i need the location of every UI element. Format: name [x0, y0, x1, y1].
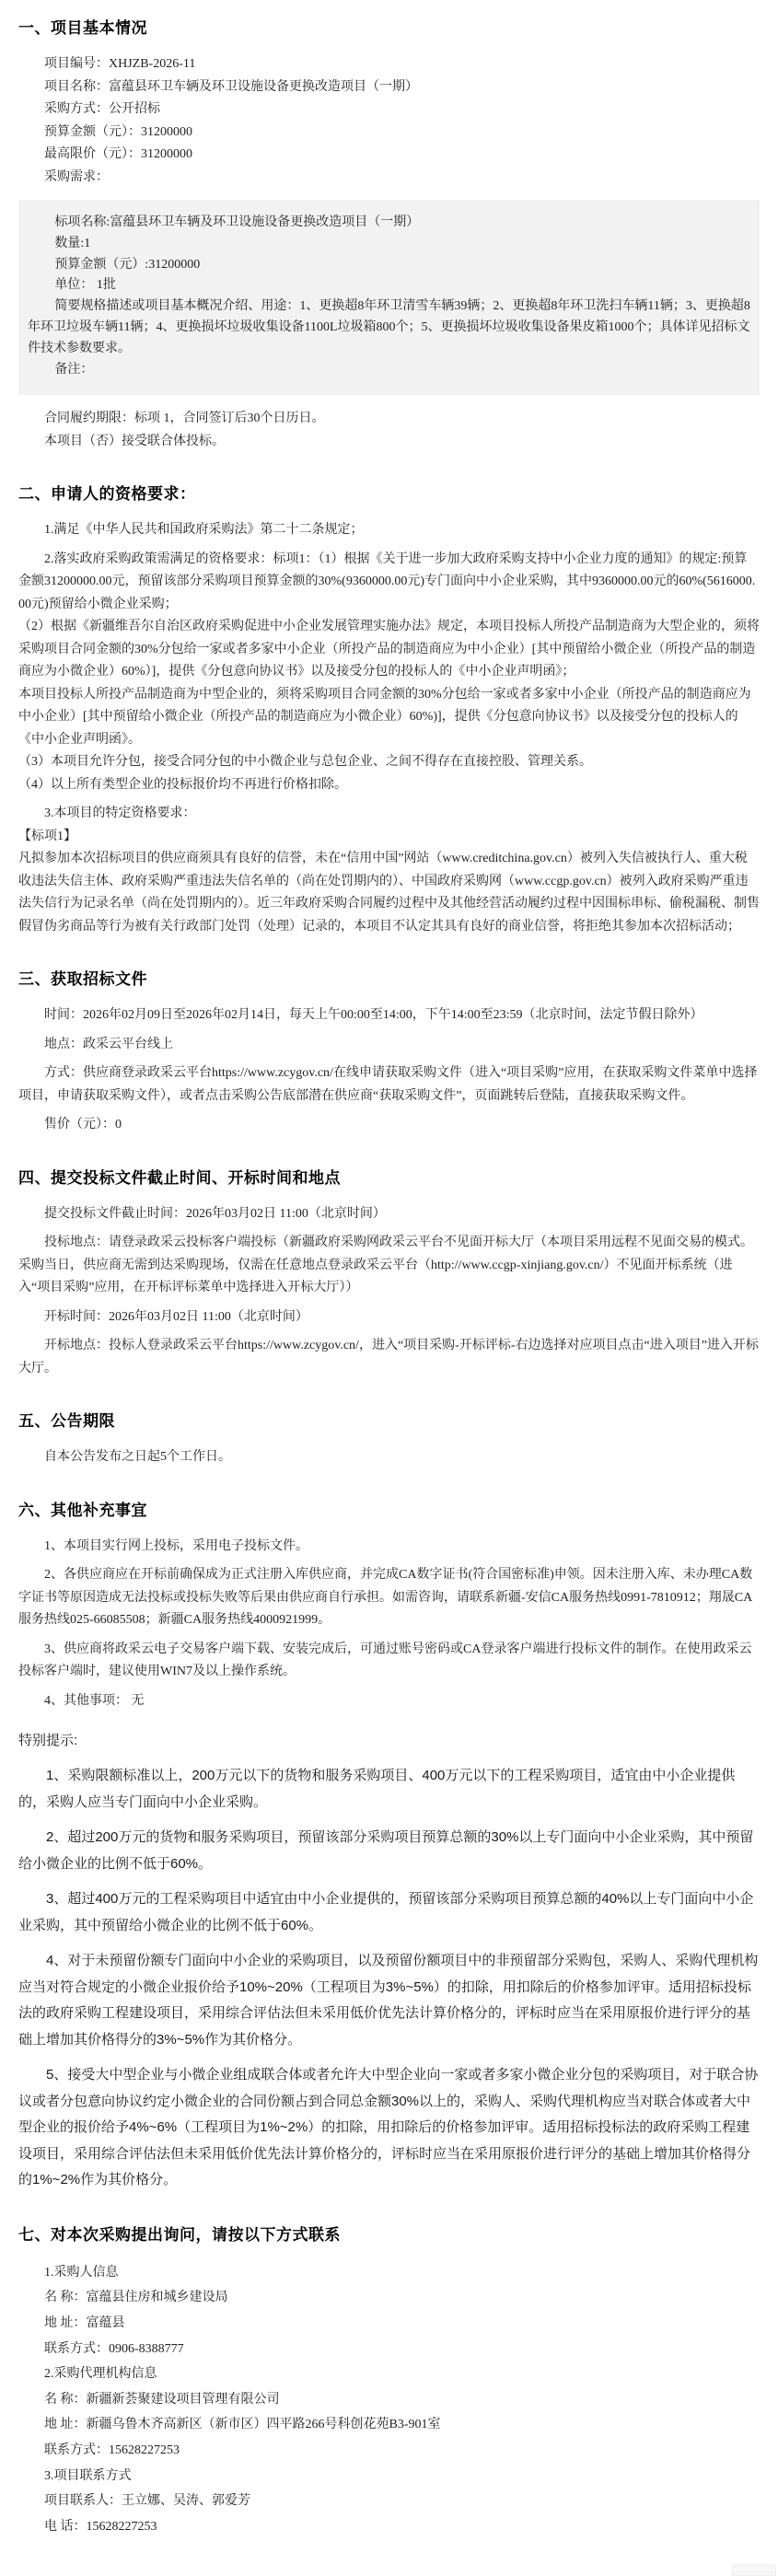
project-contact-phone-line: 电 话：15628227253	[18, 2514, 760, 2540]
section-project-basic-info: 一、项目基本情况 项目编号：XHJZB-2026-11 项目名称：富蕴县环卫车辆…	[18, 15, 760, 453]
obtain-method-line: 方式：供应商登录政采云平台https://www.zcygov.cn/在线申请获…	[18, 1062, 760, 1108]
qualification-item-2-4: （3）本项目允许分包，接受合同分包的中小微企业与总包企业、之间不得存在直接控股、…	[18, 751, 760, 774]
section-other-supplementary: 六、其他补充事宜 1、本项目实行网上投标，采用电子投标文件。 2、各供应商应在开…	[18, 1497, 760, 2194]
bid-place-line: 投标地点：请登录政采云投标客户端投标（新疆政府采购网政采云平台不见面开标大厅（本…	[18, 1232, 760, 1300]
qualification-item-2: 2.落实政府采购政策需满足的资格要求：标项1：（1）根据《关于进一步加大政府采购…	[18, 549, 760, 617]
contract-period-line: 合同履约期限：标项 1，合同签订后30个日历日。	[18, 408, 760, 431]
submission-deadline-line: 提交投标文件截止时间：2026年03月02日 11:00（北京时间）	[18, 1203, 760, 1226]
special-notice-item-2: 2、超过200万元的货物和服务采购项目，预留该部分采购项目预算总额的30%以上专…	[18, 1825, 760, 1877]
obtain-place-line: 地点：政采云平台线上	[18, 1034, 760, 1057]
supplementary-item-4: 4、其他事项： 无	[18, 1690, 760, 1713]
obtain-time-line: 时间：2026年02月09日至2026年02月14日，每天上午00:00至14:…	[18, 1004, 760, 1027]
lot1-bracket-label: 【标项1】	[18, 826, 760, 849]
section-title-other-supplementary: 六、其他补充事宜	[18, 1497, 760, 1520]
agency-contact-line: 联系方式：15628227253	[18, 2438, 760, 2464]
section-bid-submission-opening: 四、提交投标文件截止时间、开标时间和地点 提交投标文件截止时间：2026年03月…	[18, 1165, 760, 1381]
lot-remark-line: 备注：	[28, 360, 750, 381]
section-obtain-bid-documents: 三、获取招标文件 时间：2026年02月09日至2026年02月14日，每天上午…	[18, 966, 760, 1137]
lot-spec-description-line: 简要规格描述或项目基本概况介绍、用途：1、更换超8年环卫清雪车辆39辆；2、更换…	[28, 296, 750, 359]
qualification-item-2-5: （4）以上所有类型企业的投标报价均不再进行价格扣除。	[18, 774, 760, 797]
agency-name-line: 名 称：新疆新荟聚建设项目管理有限公司	[18, 2387, 760, 2413]
project-contact-persons-line: 项目联系人：王立娜、吴涛、郭爱芳	[18, 2489, 760, 2514]
section-title-announcement-period: 五、公告期限	[18, 1408, 760, 1431]
procurement-demand-label: 采购需求：	[18, 167, 760, 190]
section-contact-info: 七、对本次采购提出询问，请按以下方式联系 1.采购人信息 名 称：富蕴县住房和城…	[18, 2222, 760, 2540]
supplementary-item-2: 2、各供应商应在开标前确保成为正式注册入库供应商，并完成CA数字证书(符合国密标…	[18, 1564, 760, 1632]
section-title-applicant-qualification: 二、申请人的资格要求：	[18, 481, 760, 504]
lot-unit-line: 单位： 1批	[28, 275, 750, 296]
special-notice-item-1: 1、采购限额标准以上，200万元以下的货物和服务采购项目、400万元以下的工程采…	[18, 1763, 760, 1816]
purchaser-contact-line: 联系方式：0906-8388777	[18, 2337, 760, 2362]
project-number-line: 项目编号：XHJZB-2026-11	[18, 53, 760, 76]
lot-budget-line: 预算金额（元）:31200000	[28, 255, 750, 276]
supplementary-item-3: 3、供应商将政采云电子交易客户端下载、安装完成后，可通过账号密码或CA登录客户端…	[18, 1639, 760, 1684]
special-notice-label: 特别提示:	[18, 1727, 760, 1754]
qualification-item-2-2: （2）根据《新疆维吾尔自治区政府采购促进中小企业发展管理实施办法》规定，本项目投…	[18, 616, 760, 684]
special-notice-item-5: 5、接受大中型企业与小微企业组成联合体或者允许大中型企业向一家或者多家小微企业分…	[18, 2062, 760, 2194]
qualification-item-1: 1.满足《中华人民共和国政府采购法》第二十二条规定；	[18, 519, 760, 542]
special-notice-item-4: 4、对于未预留份额专门面向中小企业的采购项目，以及预留份额项目中的非预留部分采购…	[18, 1948, 760, 2053]
tender-announcement-document: 一、项目基本情况 项目编号：XHJZB-2026-11 项目名称：富蕴县环卫车辆…	[0, 0, 778, 2576]
qualification-item-3: 3.本项目的特定资格要求：	[18, 803, 760, 826]
procurement-method-line: 采购方式：公开招标	[18, 99, 760, 122]
consortium-bid-line: 本项目（否）接受联合体投标。	[18, 431, 760, 454]
section-title-project-basic-info: 一、项目基本情况	[18, 15, 760, 38]
lot-info-box: 标项名称:富蕴县环卫车辆及环卫设施设备更换改造项目（一期） 数量:1 预算金额（…	[18, 200, 760, 395]
floating-widget[interactable]	[732, 2564, 776, 2576]
project-contact-label: 3.项目联系方式	[18, 2464, 760, 2489]
section-title-obtain-bid-documents: 三、获取招标文件	[18, 966, 760, 989]
agency-info-label: 2.采购代理机构信息	[18, 2361, 760, 2387]
opening-place-line: 开标地点：投标人登录政采云平台https://www.zcygov.cn/，进入…	[18, 1335, 760, 1380]
project-name-line: 项目名称：富蕴县环卫车辆及环卫设施设备更换改造项目（一期）	[18, 76, 760, 99]
lot-name-line: 标项名称:富蕴县环卫车辆及环卫设施设备更换改造项目（一期）	[28, 213, 750, 234]
purchaser-address-line: 地 址：富蕴县	[18, 2311, 760, 2337]
supplementary-item-1: 1、本项目实行网上投标，采用电子投标文件。	[18, 1536, 760, 1559]
credit-requirement-paragraph: 凡拟参加本次招标项目的供应商须具有良好的信誉，未在“信用中国”网站（www.cr…	[18, 848, 760, 938]
opening-time-line: 开标时间：2026年03月02日 11:00（北京时间）	[18, 1306, 760, 1329]
qualification-item-2-3: 本项目投标人所投产品制造商为中型企业的，须将采购项目合同金额的30%分包给一家或…	[18, 684, 760, 752]
lot-quantity-line: 数量:1	[28, 234, 750, 255]
purchaser-info-label: 1.采购人信息	[18, 2260, 760, 2286]
purchaser-name-line: 名 称：富蕴县住房和城乡建设局	[18, 2285, 760, 2311]
section-announcement-period: 五、公告期限 自本公告发布之日起5个工作日。	[18, 1408, 760, 1469]
section-applicant-qualification: 二、申请人的资格要求： 1.满足《中华人民共和国政府采购法》第二十二条规定； 2…	[18, 481, 760, 938]
section-title-contact-info: 七、对本次采购提出询问，请按以下方式联系	[18, 2222, 760, 2245]
section-title-bid-submission-opening: 四、提交投标文件截止时间、开标时间和地点	[18, 1165, 760, 1188]
announcement-period-line: 自本公告发布之日起5个工作日。	[18, 1446, 760, 1469]
max-price-line: 最高限价（元）：31200000	[18, 144, 760, 167]
agency-address-line: 地 址：新疆乌鲁木齐高新区（新市区）四平路266号科创花苑B3-901室	[18, 2412, 760, 2438]
document-price-line: 售价（元）：0	[18, 1114, 760, 1137]
special-notice-item-3: 3、超过400万元的工程采购项目中适宜由中小企业提供的，预留该部分采购项目预算总…	[18, 1886, 760, 1939]
budget-amount-line: 预算金额（元）：31200000	[18, 122, 760, 145]
